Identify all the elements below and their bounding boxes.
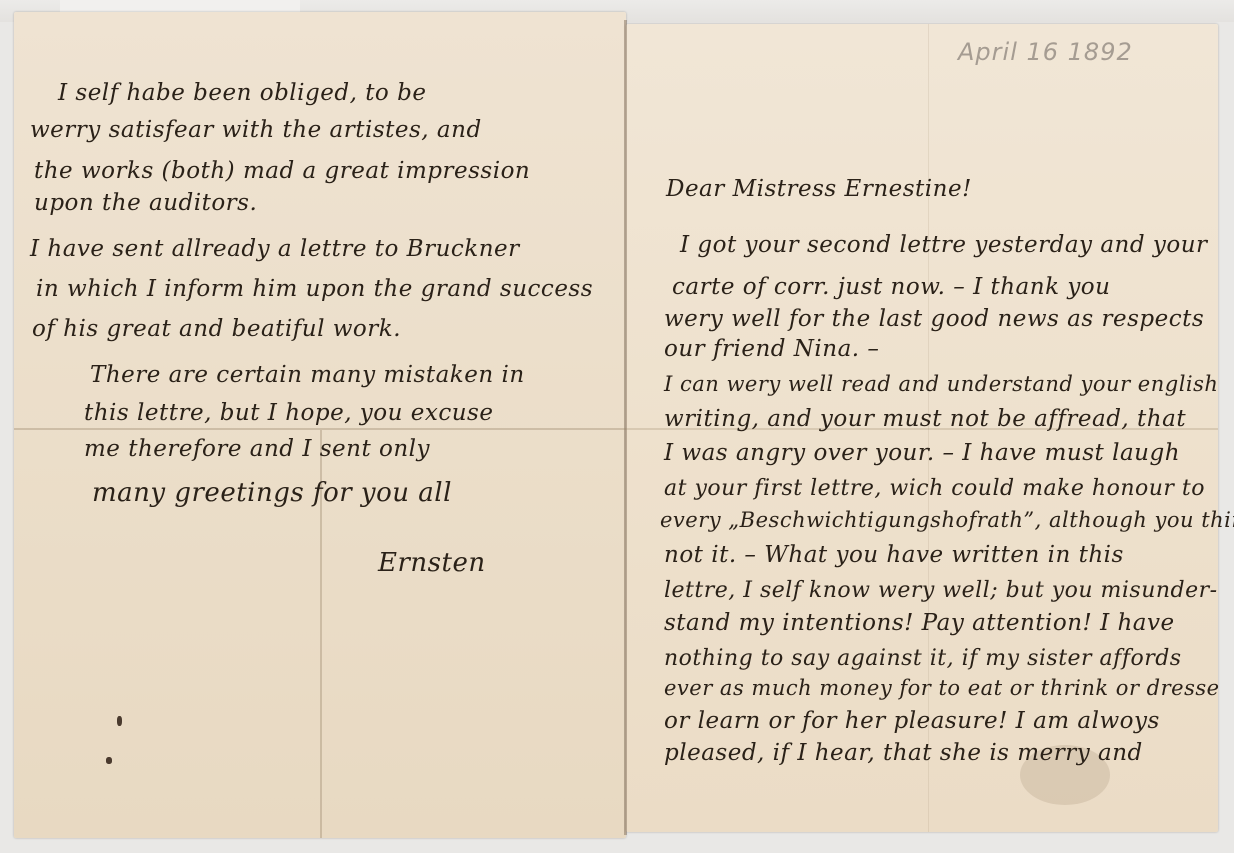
- letter-line: There are certain many mistaken in: [90, 362, 525, 388]
- letter-line: I was angry over your. – I have must lau…: [664, 440, 1180, 466]
- letter-line: or learn or for her pleasure! I am alwoy…: [664, 708, 1160, 734]
- letter-line: not it. – What you have written in this: [664, 542, 1124, 568]
- letter-line: every „Beschwichtigungshofrath”, althoug…: [660, 508, 1234, 532]
- letter-line: of his great and beatiful work.: [32, 316, 401, 342]
- letter-line: this lettre, but I hope, you excuse: [84, 400, 493, 426]
- date-annotation: April 16 1892: [958, 38, 1133, 66]
- letter-line: upon the auditors.: [34, 190, 257, 216]
- letter-line: I self habe been obliged, to be: [58, 80, 426, 106]
- letter-line: at your first lettre, wich could make ho…: [664, 476, 1205, 501]
- letter-line: I can wery well read and understand your…: [664, 372, 1218, 396]
- letter-line: me therefore and I sent only: [84, 436, 430, 462]
- letter-line: in which I inform him upon the grand suc…: [36, 276, 593, 302]
- letter-line: I got your second lettre yesterday and y…: [680, 232, 1208, 258]
- letter-line: our friend Nina. –: [664, 336, 879, 362]
- letter-line: many greetings for you all: [92, 478, 452, 508]
- salutation: Dear Mistress Ernestine!: [666, 176, 972, 202]
- signature: Ernsten: [378, 548, 486, 578]
- ink-spot: [117, 716, 122, 726]
- letter-line: writing, and your must not be affread, t…: [664, 406, 1186, 432]
- letter-line: I have sent allready a lettre to Bruckne…: [30, 236, 520, 262]
- letter-line: carte of corr. just now. – I thank you: [672, 274, 1110, 300]
- letter-line: pleased, if I hear, that she is merry an…: [664, 740, 1143, 766]
- letter-line: ever as much money for to eat or thrink …: [664, 676, 1220, 700]
- letter-line: wery well for the last good news as resp…: [664, 306, 1204, 332]
- letter-line: stand my intentions! Pay attention! I ha…: [664, 610, 1175, 636]
- letter-line: nothing to say against it, if my sister …: [664, 646, 1182, 671]
- letter-line: werry satisfear with the artistes, and: [30, 117, 482, 143]
- letter-line: the works (both) mad a great impression: [34, 158, 530, 184]
- letter-line: lettre, I self know wery well; but you m…: [664, 578, 1218, 603]
- ink-spot: [106, 757, 112, 764]
